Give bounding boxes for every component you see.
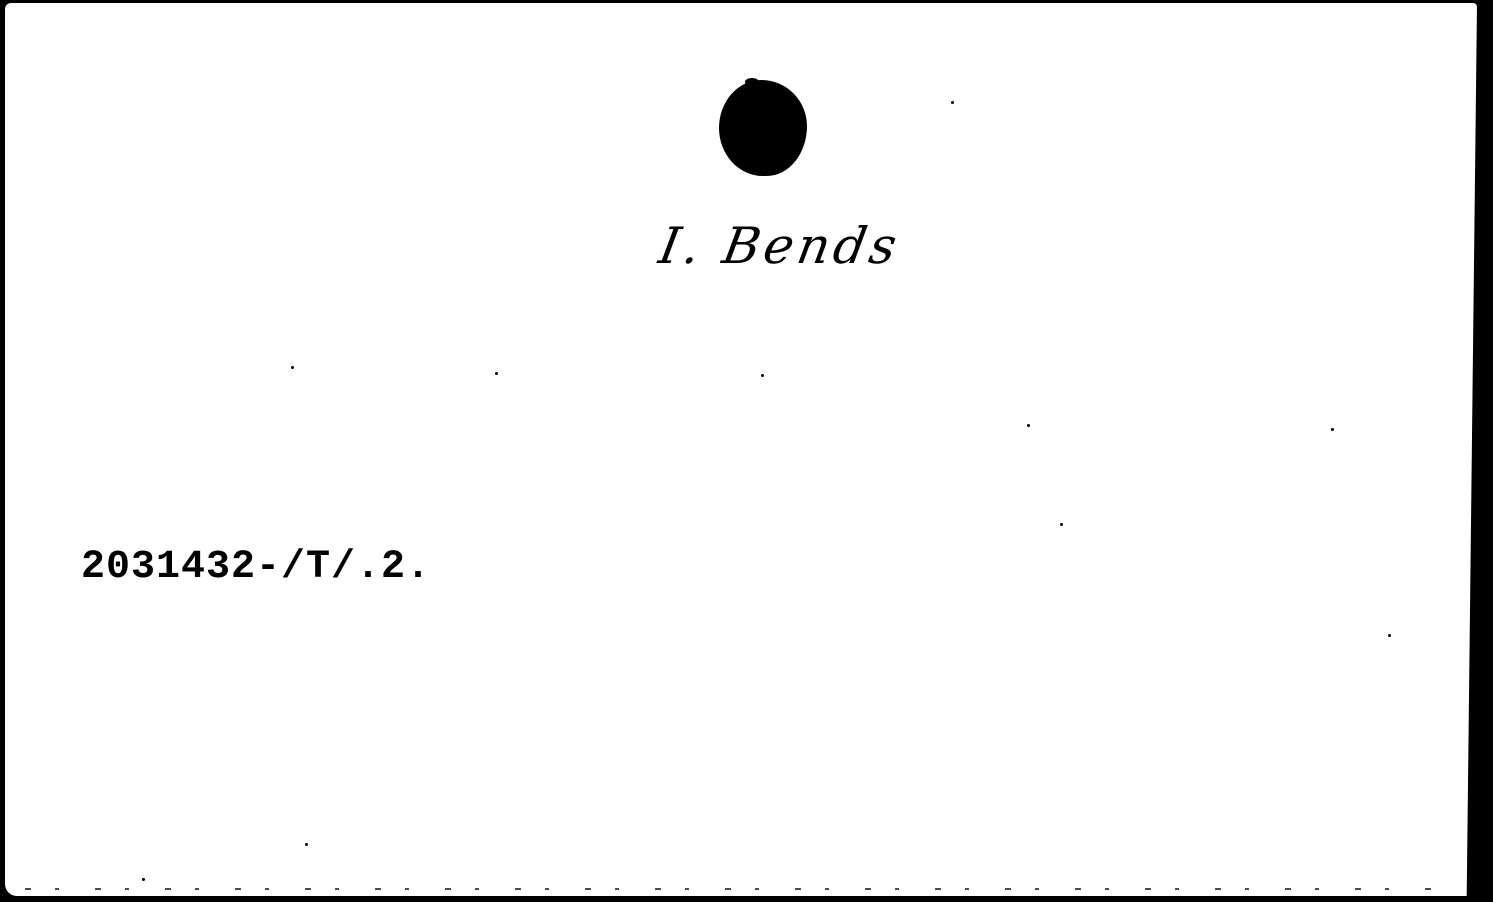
speck bbox=[951, 101, 954, 104]
speck bbox=[1060, 523, 1063, 526]
index-card: I. Bends 2031432-/T/.2. bbox=[5, 3, 1477, 896]
speck bbox=[1331, 428, 1334, 431]
typed-reference-number: 2031432-/T/.2. bbox=[81, 548, 431, 588]
speck bbox=[761, 374, 764, 377]
speck bbox=[1388, 634, 1391, 637]
punch-hole bbox=[719, 80, 807, 176]
handwritten-name: I. Bends bbox=[656, 221, 905, 271]
speck bbox=[142, 878, 145, 881]
speck bbox=[305, 843, 308, 846]
speck bbox=[291, 366, 294, 369]
speck bbox=[1027, 424, 1030, 427]
bottom-edge-scuff bbox=[25, 888, 1437, 890]
speck bbox=[495, 372, 498, 375]
